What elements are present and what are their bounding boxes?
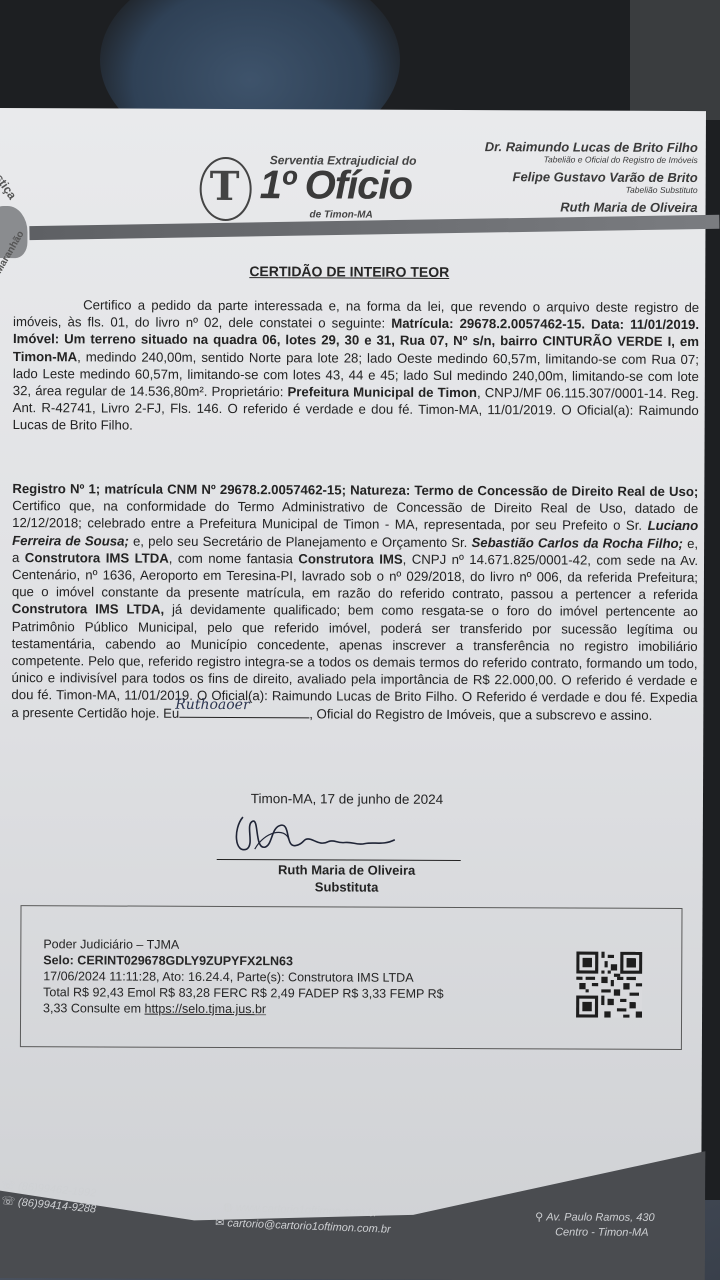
footer-address-2: Centro - Timon-MA [555,1226,648,1238]
p2-text: Certifico que, na conformidade do Termo … [12,498,698,533]
p2-text: já devidamente qualificado; bem como res… [11,602,698,720]
background-photo-seat [630,0,720,120]
place-date: Timon-MA, 17 de junho de 2024 [0,790,697,808]
p2-text: , Oficial do Registro de Imóveis, que a … [309,706,652,722]
inline-signature: Ruthoaoer [175,696,249,714]
p2-text: e, pelo seu Secretário de Planejamento e… [129,533,472,549]
certificate-paragraph-2: Registro Nº 1; matrícula CNM Nº 29678.2.… [11,480,698,724]
officer-role: Tabelião Substituto [485,184,698,195]
certificate-paper: Justiça Maranhão T Serventia Extrajudici… [0,108,706,1271]
document-title: CERTIDÃO DE INTEIRO TEOR [0,262,699,281]
logo-main-text: 1º Ofício [260,163,413,209]
officer-name: Dr. Raimundo Lucas de Brito Filho [485,140,698,155]
officer-name: Ruth Maria de Oliveira [484,200,697,215]
seal-act-info: 17/06/2024 11:11:28, Ato: 16.24.4, Parte… [43,968,444,986]
seal-fees: Total R$ 92,43 Emol R$ 83,28 FERC R$ 2,4… [43,984,444,1002]
seal-details: Poder Judiciário – TJMA Selo: CERINT0296… [43,936,444,1018]
justice-seal: Justiça Maranhão [0,148,62,268]
whatsapp-icon: ☏ [1,1195,16,1208]
globe-icon: ◍ [223,1201,233,1213]
p2-text: , com nome fantasia [169,551,299,567]
judicial-seal-box: Poder Judiciário – TJMA Selo: CERINT0296… [20,905,683,1050]
p1-owner: Prefeitura Municipal de Timon [287,384,477,400]
p2-fantasy-name: Construtora IMS [298,551,402,566]
mail-icon: ✉ [215,1217,225,1229]
office-logo: T Serventia Extrajudicial do 1º Ofício d… [199,149,439,230]
seal-consult-line: 3,33 Consulte em https://selo.tjma.jus.b… [43,1000,444,1018]
seal-code: Selo: CERINT029678GDLY9ZUPYFX2LN63 [43,952,444,970]
p2-heading: Registro Nº 1; matrícula CNM Nº 29678.2.… [12,481,698,499]
signer-block: Ruth Maria de Oliveira Substituta [0,860,697,897]
phone-icon: ☏ [1,1179,16,1192]
certificate-paragraph-1: Certifico a pedido da parte interessada … [13,296,700,437]
signer-role: Substituta [0,877,697,897]
seal-consult-link[interactable]: https://selo.tjma.jus.br [144,1002,266,1017]
seal-consult-text: 3,33 Consulte em [43,1001,145,1015]
p2-company: Construtora IMS LTDA, [12,601,164,617]
footer-address: ⚲Av. Paulo Ramos, 430 [535,1210,655,1224]
p2-company: Construtora IMS LTDA [25,550,169,566]
officer-name: Felipe Gustavo Varão de Brito [485,170,698,185]
seal-court: Poder Judiciário – TJMA [43,936,444,954]
seal-top-text: Justiça [0,160,19,202]
signature-icon [225,809,415,860]
logo-letter: T [210,163,240,210]
officer-role: Tabelião e Oficial do Registro de Imóvei… [485,154,698,165]
handwritten-signature [225,809,415,860]
p2-secretary: Sebastião Carlos da Rocha Filho; [471,535,683,551]
logo-sub-text: de Timon-MA [310,209,373,220]
qr-code-icon[interactable] [576,952,642,1018]
location-pin-icon: ⚲ [535,1211,543,1223]
address-line-1: Av. Paulo Ramos, 430 [546,1211,654,1223]
inline-signature-line: Ruthoaoer [179,704,309,718]
